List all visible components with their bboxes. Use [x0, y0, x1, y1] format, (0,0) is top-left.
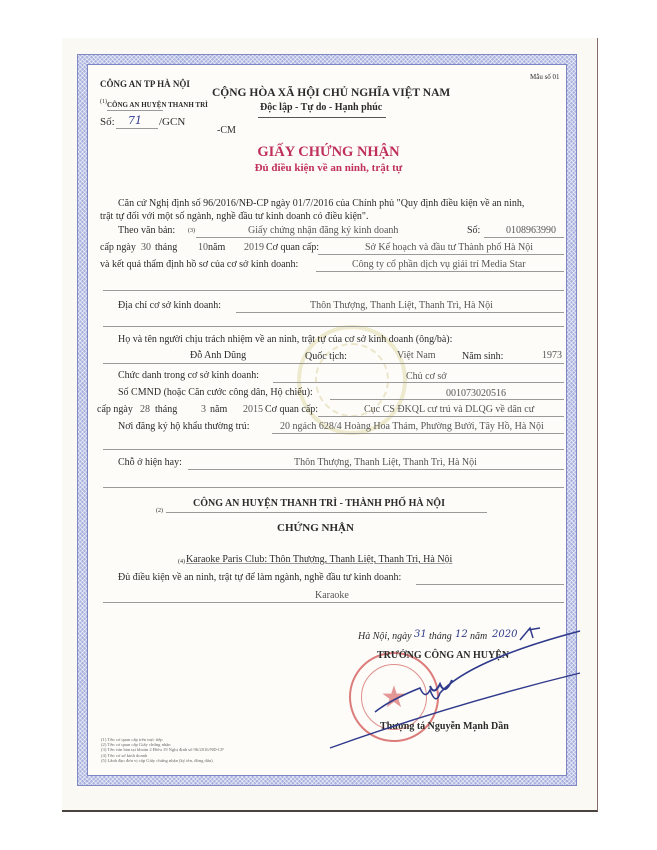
agency-sub: CÔNG AN HUYỆN THANH TRÌ [107, 101, 208, 109]
certifying-authority: CÔNG AN HUYỆN THANH TRÌ - THÀNH PHỐ HÀ N… [193, 498, 445, 509]
id-year-label: năm [210, 404, 227, 415]
sign-month: 12 [455, 629, 468, 640]
id-value: 001073020516 [446, 388, 506, 399]
issued-year-label: năm [208, 242, 225, 253]
agency-sub-marker: (1) [100, 99, 107, 105]
doc-no-value: 0108963990 [506, 225, 556, 236]
footnote-3: (3) Tên văn bản tại khoản 2 Điều 19 Nghị… [101, 747, 224, 752]
issued-month-label: tháng [155, 242, 177, 253]
id-month: 3 [201, 404, 206, 415]
address-value: Thôn Thượng, Thanh Liệt, Thanh Trì, Hà N… [310, 300, 493, 311]
doc-value: Giấy chứng nhận đăng ký kinh doanh [248, 225, 398, 236]
id-issuer-value: Cục CS ĐKQL cư trú và DLQG về dân cư [364, 404, 534, 415]
doc-label: Theo văn bản: [118, 225, 175, 236]
sign-day: 31 [414, 629, 427, 640]
residence-value: 20 ngách 628/4 Hoàng Hoa Thám, Phường Bư… [280, 421, 544, 432]
certificate-title: GIẤY CHỨNG NHẬN [0, 144, 657, 161]
nationality-value: Việt Nam [397, 350, 436, 361]
authority-marker: (2) [156, 508, 163, 514]
sign-year: 2020 [492, 629, 517, 640]
id-year: 2015 [243, 404, 263, 415]
certificate-subtitle: Đủ điều kiện về an ninh, trật tự [0, 162, 657, 174]
residence-label: Nơi đăng ký hộ khẩu thường trú: [118, 421, 250, 432]
business-marker: (4) [178, 559, 185, 565]
position-label: Chức danh trong cơ sở kinh doanh: [118, 370, 259, 381]
motto: Độc lập - Tự do - Hạnh phúc [260, 102, 382, 113]
footnote-5: (5) Lãnh đạo đơn vị cấp Giấy chứng nhận … [101, 758, 224, 763]
preamble-line-1: Căn cứ Nghị định số 96/2016/NĐ-CP ngày 0… [118, 198, 524, 209]
number-value: 71 [128, 114, 142, 127]
issued-day: 30 [141, 242, 151, 253]
footnotes: (1) Tên cơ quan cấp trên trực tiếp (2) T… [101, 737, 224, 763]
id-day: 28 [140, 404, 150, 415]
id-issuer-label: Cơ quan cấp: [265, 404, 318, 415]
nationality-label: Quốc tịch: [305, 351, 347, 362]
number-suffix: /GCN [159, 116, 185, 128]
issued-label: cấp ngày [100, 242, 136, 253]
nation-title: CỘNG HÒA XÃ HỘI CHỦ NGHĨA VIỆT NAM [212, 87, 450, 99]
preamble-line-2: trật tự đối với một số ngành, nghề đầu t… [100, 211, 369, 222]
id-label: Số CMND (hoặc Căn cước công dân, Hộ chiế… [118, 387, 313, 398]
birth-value: 1973 [542, 350, 562, 361]
agency-top: CÔNG AN TP HÀ NỘI [100, 79, 190, 89]
signer-title: TRƯỞNG CÔNG AN HUYỆN [377, 650, 509, 661]
sign-year-label: năm [470, 631, 487, 642]
form-number: Mẫu số 01 [530, 73, 560, 81]
current-label: Chỗ ở hiện hay: [118, 457, 182, 468]
business-name: Karaoke Paris Club: Thôn Thượng, Thanh L… [186, 554, 452, 565]
business-sector: Karaoke [315, 590, 349, 601]
issued-year: 2019 [244, 242, 264, 253]
address-label: Địa chỉ cơ sở kinh doanh: [118, 300, 221, 311]
sign-month-label: tháng [429, 631, 452, 642]
issued-month: 10 [198, 242, 208, 253]
doc-marker: (3) [188, 228, 195, 234]
number-cm: -CM [217, 125, 236, 136]
issuer-value: Sở Kế hoạch và đầu tư Thành phố Hà Nội [365, 242, 533, 253]
id-month-label: tháng [155, 404, 177, 415]
signer-name: Thượng tá Nguyễn Mạnh Dần [380, 721, 509, 732]
person-label: Họ và tên người chịu trách nhiệm về an n… [118, 334, 452, 345]
certify-heading: CHỨNG NHẬN [277, 522, 354, 534]
position-value: Chủ cơ sở [406, 371, 447, 382]
doc-no-label: Số: [467, 225, 480, 236]
id-issued-label: cấp ngày [97, 404, 133, 415]
birth-label: Năm sinh: [462, 351, 503, 362]
result-label: và kết quả thẩm định hồ sơ của cơ sở kin… [100, 259, 298, 270]
person-name: Đỗ Anh Dũng [190, 350, 246, 361]
qualifies-label: Đủ điều kiện về an ninh, trật tự để làm … [118, 572, 401, 583]
result-value: Công ty cổ phần dịch vụ giải trí Media S… [352, 259, 526, 270]
number-label: Số: [100, 116, 115, 128]
place-date-prefix: Hà Nội, ngày [358, 631, 412, 642]
issuer-label: Cơ quan cấp: [266, 242, 319, 253]
current-value: Thôn Thượng, Thanh Liệt, Thanh Trì, Hà N… [294, 457, 477, 468]
